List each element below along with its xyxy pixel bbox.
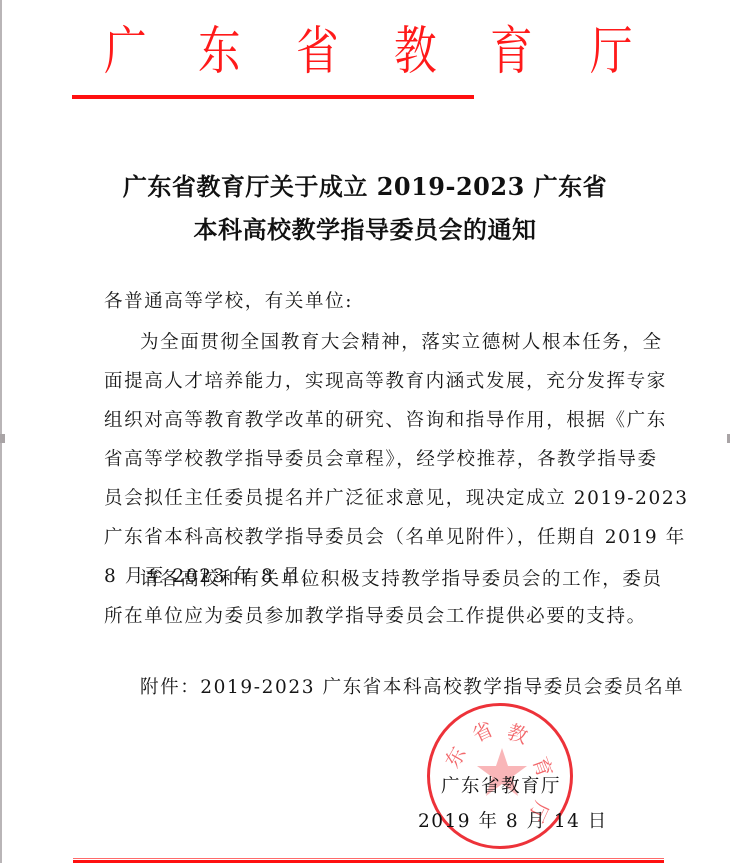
document-title-line1: 广东省教育厅关于成立 2019-2023 广东省	[0, 172, 730, 202]
paragraph-line: 请各高校和有关单位积极支持教学指导委员会的工作，委员	[140, 568, 663, 592]
page-edge-marker-left	[0, 434, 5, 443]
attachment-line: 附件：2019-2023 广东省本科高校教学指导委员会委员名单	[140, 676, 684, 700]
letterhead-char: 教	[394, 22, 437, 82]
paragraph-line: 省高等学校教学指导委员会章程》，经学校推荐，各教学指导委	[104, 448, 658, 472]
paragraph-line: 员会拟任主任委员提名并广泛征求意见，现决定成立 2019-2023	[104, 487, 689, 511]
letterhead-char: 育	[490, 22, 533, 82]
document-title-line2: 本科高校教学指导委员会的通知	[0, 215, 730, 245]
paragraph-line: 广东省本科高校教学指导委员会（名单见附件），任期自 2019 年	[104, 526, 686, 550]
header-rule-full	[72, 95, 473, 99]
letterhead-char: 广	[104, 22, 147, 82]
paragraph-line: 所在单位应为委员参加教学指导委员会工作提供必要的支持。	[104, 605, 647, 629]
letterhead-char: 东	[198, 22, 241, 82]
salutation: 各普通高等学校，有关单位:	[104, 290, 353, 314]
paragraph-line: 组织对高等教育教学改革的研究、咨询和指导作用，根据《广东	[104, 409, 667, 433]
seal-char: 教	[504, 715, 533, 749]
signature-issuer: 广东省教育厅	[441, 775, 561, 799]
seal-char: 省	[467, 713, 497, 748]
letterhead-char: 厅	[590, 22, 633, 82]
letterhead-char: 省	[296, 22, 339, 82]
footer-rule-thin	[73, 858, 664, 859]
paragraph-line: 为全面贯彻全国教育大会精神，落实立德树人根本任务，全	[140, 331, 663, 355]
letterhead: 广 东 省 教 育 厅	[50, 22, 680, 82]
signature-date: 2019 年 8 月 14 日	[418, 810, 608, 834]
paragraph-line: 面提高人才培养能力，实现高等教育内涵式发展，充分发挥专家	[104, 370, 667, 394]
seal-char: 东	[436, 741, 471, 773]
page-left-edge	[0, 0, 2, 863]
